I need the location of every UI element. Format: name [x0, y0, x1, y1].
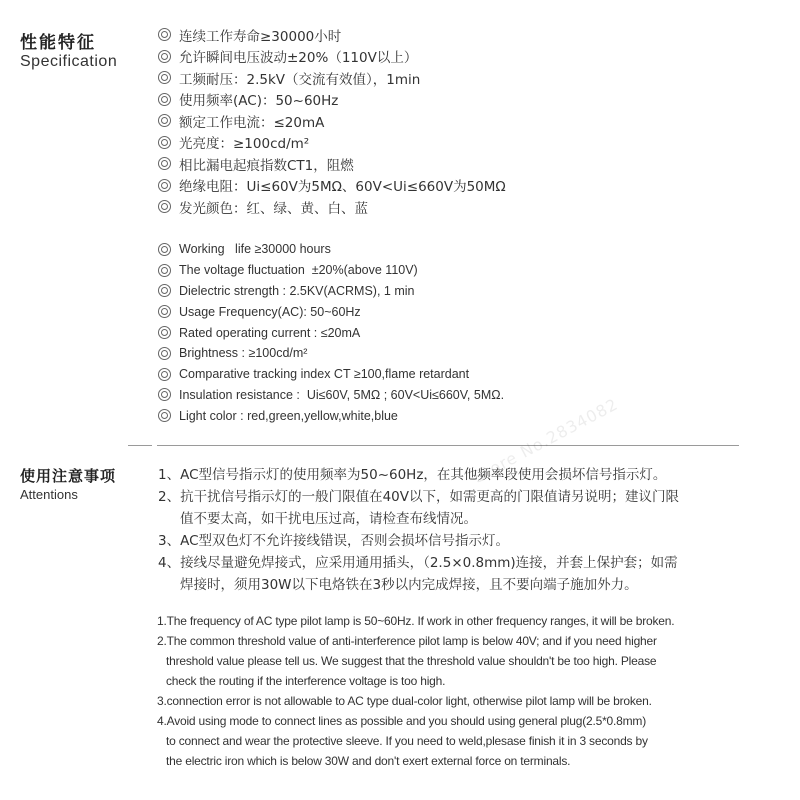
item-number: 1、: [158, 467, 180, 483]
item-text: 接线尽量避免焊接式，应采用通用插头，（2.5×0.8mm)连接，并套上保护套；如…: [180, 555, 678, 571]
double-circle-bullet-icon: [158, 409, 171, 422]
spec-item: 使用频率(AC)：50~60Hz: [158, 89, 506, 111]
spec-item-text: 额定工作电流：≤20mA: [179, 111, 324, 131]
spec-item-text: 发光颜色：红、绿、黄、白、蓝: [179, 197, 368, 217]
attention-item: 3.connection error is not allowable to A…: [157, 691, 777, 711]
spec-item: Insulation resistance : Ui≤60V, 5MΩ ; 60…: [158, 385, 504, 406]
double-circle-bullet-icon: [158, 305, 171, 318]
item-text: 3.connection error is not allowable to A…: [157, 694, 652, 708]
spec-item-text: 绝缘电阻：Ui≤60V为5MΩ、60V<Ui≤660V为50MΩ: [179, 175, 506, 195]
spec-item: Working life ≥30000 hours: [158, 239, 504, 260]
double-circle-bullet-icon: [158, 264, 171, 277]
spec-item-text: Insulation resistance : Ui≤60V, 5MΩ ; 60…: [179, 388, 504, 402]
attention-item: 1.The frequency of AC type pilot lamp is…: [157, 611, 777, 631]
spec-item-text: 连续工作寿命≥30000小时: [179, 25, 341, 45]
spec-item-text: 使用频率(AC)：50~60Hz: [179, 89, 338, 109]
spec-item: 额定工作电流：≤20mA: [158, 110, 506, 132]
item-text-continued: 焊接时，须用30W以下电烙铁在3秒以内完成焊接，且不要向端子施加外力。: [158, 574, 758, 596]
spec-item-text: Light color : red,green,yellow,white,blu…: [179, 409, 398, 423]
attention-item: 2.The common threshold value of anti-int…: [157, 631, 777, 691]
attentions-title-zh: 使用注意事项: [20, 466, 116, 486]
specification-heading: 性能特征 Specification: [20, 33, 117, 71]
item-text: 抗干扰信号指示灯的一般门限值在40V以下，如需更高的门限值请另说明；建议门限: [180, 489, 679, 505]
spec-item-text: Rated operating current : ≤20mA: [179, 326, 360, 340]
double-circle-bullet-icon: [158, 200, 171, 213]
spec-item-text: 工频耐压：2.5kV（交流有效值），1min: [179, 68, 420, 88]
spec-item: Light color : red,green,yellow,white,blu…: [158, 405, 504, 426]
spec-item-text: 相比漏电起痕指数CT1，阻燃: [179, 154, 354, 174]
item-text-continued: 值不要太高，如干扰电压过高，请检查布线情况。: [158, 508, 758, 530]
double-circle-bullet-icon: [158, 93, 171, 106]
item-number: 4、: [158, 555, 180, 571]
spec-item: Usage Frequency(AC): 50~60Hz: [158, 301, 504, 322]
spec-item: 发光颜色：红、绿、黄、白、蓝: [158, 196, 506, 218]
attention-item: 2、抗干扰信号指示灯的一般门限值在40V以下，如需更高的门限值请另说明；建议门限…: [158, 486, 758, 530]
spec-item-text: Dielectric strength : 2.5KV(ACRMS), 1 mi…: [179, 284, 415, 298]
spec-item: 允许瞬间电压波动±20%（110V以上）: [158, 46, 506, 68]
spec-item-text: 光亮度：≥100cd/m²: [179, 132, 309, 152]
attention-item: 4.Avoid using mode to connect lines as p…: [157, 711, 777, 771]
spec-item: 工频耐压：2.5kV（交流有效值），1min: [158, 67, 506, 89]
specification-title-zh: 性能特征: [20, 33, 117, 53]
attentions-title-en: Attentions: [20, 486, 116, 504]
spec-item: Brightness : ≥100cd/m²: [158, 343, 504, 364]
item-text-continued: check the routing if the interference vo…: [157, 671, 777, 691]
double-circle-bullet-icon: [158, 326, 171, 339]
spec-item: 绝缘电阻：Ui≤60V为5MΩ、60V<Ui≤660V为50MΩ: [158, 175, 506, 197]
attention-item: 3、AC型双色灯不允许接线错误，否则会损坏信号指示灯。: [158, 530, 758, 552]
double-circle-bullet-icon: [158, 28, 171, 41]
attentions-heading: 使用注意事项 Attentions: [20, 466, 116, 504]
spec-item-text: The voltage fluctuation ±20%(above 110V): [179, 263, 418, 277]
double-circle-bullet-icon: [158, 368, 171, 381]
section-divider: [157, 445, 739, 446]
item-text: AC型双色灯不允许接线错误，否则会损坏信号指示灯。: [180, 533, 509, 549]
spec-item: Comparative tracking index CT ≥100,flame…: [158, 364, 504, 385]
double-circle-bullet-icon: [158, 71, 171, 84]
spec-item-text: Working life ≥30000 hours: [179, 242, 331, 256]
item-text-continued: threshold value please tell us. We sugge…: [157, 651, 777, 671]
double-circle-bullet-icon: [158, 50, 171, 63]
specification-list-en: Working life ≥30000 hours The voltage fl…: [158, 239, 504, 426]
spec-item: 相比漏电起痕指数CT1，阻燃: [158, 153, 506, 175]
spec-item-text: Usage Frequency(AC): 50~60Hz: [179, 305, 361, 319]
item-text-continued: to connect and wear the protective sleev…: [157, 731, 777, 751]
specification-title-en: Specification: [20, 53, 117, 71]
attentions-list-zh: 1、AC型信号指示灯的使用频率为50~60Hz，在其他频率段使用会损坏信号指示灯…: [158, 464, 758, 596]
spec-item: Dielectric strength : 2.5KV(ACRMS), 1 mi…: [158, 281, 504, 302]
double-circle-bullet-icon: [158, 388, 171, 401]
spec-item: 光亮度：≥100cd/m²: [158, 132, 506, 154]
item-text: 2.The common threshold value of anti-int…: [157, 634, 657, 648]
double-circle-bullet-icon: [158, 179, 171, 192]
spec-item: 连续工作寿命≥30000小时: [158, 24, 506, 46]
specification-list-zh: 连续工作寿命≥30000小时 允许瞬间电压波动±20%（110V以上） 工频耐压…: [158, 24, 506, 218]
item-text: AC型信号指示灯的使用频率为50~60Hz，在其他频率段使用会损坏信号指示灯。: [180, 467, 666, 483]
double-circle-bullet-icon: [158, 114, 171, 127]
attention-item: 4、接线尽量避免焊接式，应采用通用插头，（2.5×0.8mm)连接，并套上保护套…: [158, 552, 758, 596]
item-text: 4.Avoid using mode to connect lines as p…: [157, 714, 646, 728]
spec-item-text: Brightness : ≥100cd/m²: [179, 346, 307, 360]
item-text-continued: the electric iron which is below 30W and…: [157, 751, 777, 771]
item-number: 3、: [158, 533, 180, 549]
double-circle-bullet-icon: [158, 347, 171, 360]
double-circle-bullet-icon: [158, 136, 171, 149]
spec-item-text: 允许瞬间电压波动±20%（110V以上）: [179, 46, 417, 66]
double-circle-bullet-icon: [158, 157, 171, 170]
attention-item: 1、AC型信号指示灯的使用频率为50~60Hz，在其他频率段使用会损坏信号指示灯…: [158, 464, 758, 486]
section-divider-short: [128, 445, 152, 446]
double-circle-bullet-icon: [158, 243, 171, 256]
double-circle-bullet-icon: [158, 284, 171, 297]
item-text: 1.The frequency of AC type pilot lamp is…: [157, 614, 674, 628]
item-number: 2、: [158, 489, 180, 505]
spec-item: Rated operating current : ≤20mA: [158, 322, 504, 343]
attentions-list-en: 1.The frequency of AC type pilot lamp is…: [157, 611, 777, 771]
spec-item: The voltage fluctuation ±20%(above 110V): [158, 260, 504, 281]
spec-item-text: Comparative tracking index CT ≥100,flame…: [179, 367, 469, 381]
